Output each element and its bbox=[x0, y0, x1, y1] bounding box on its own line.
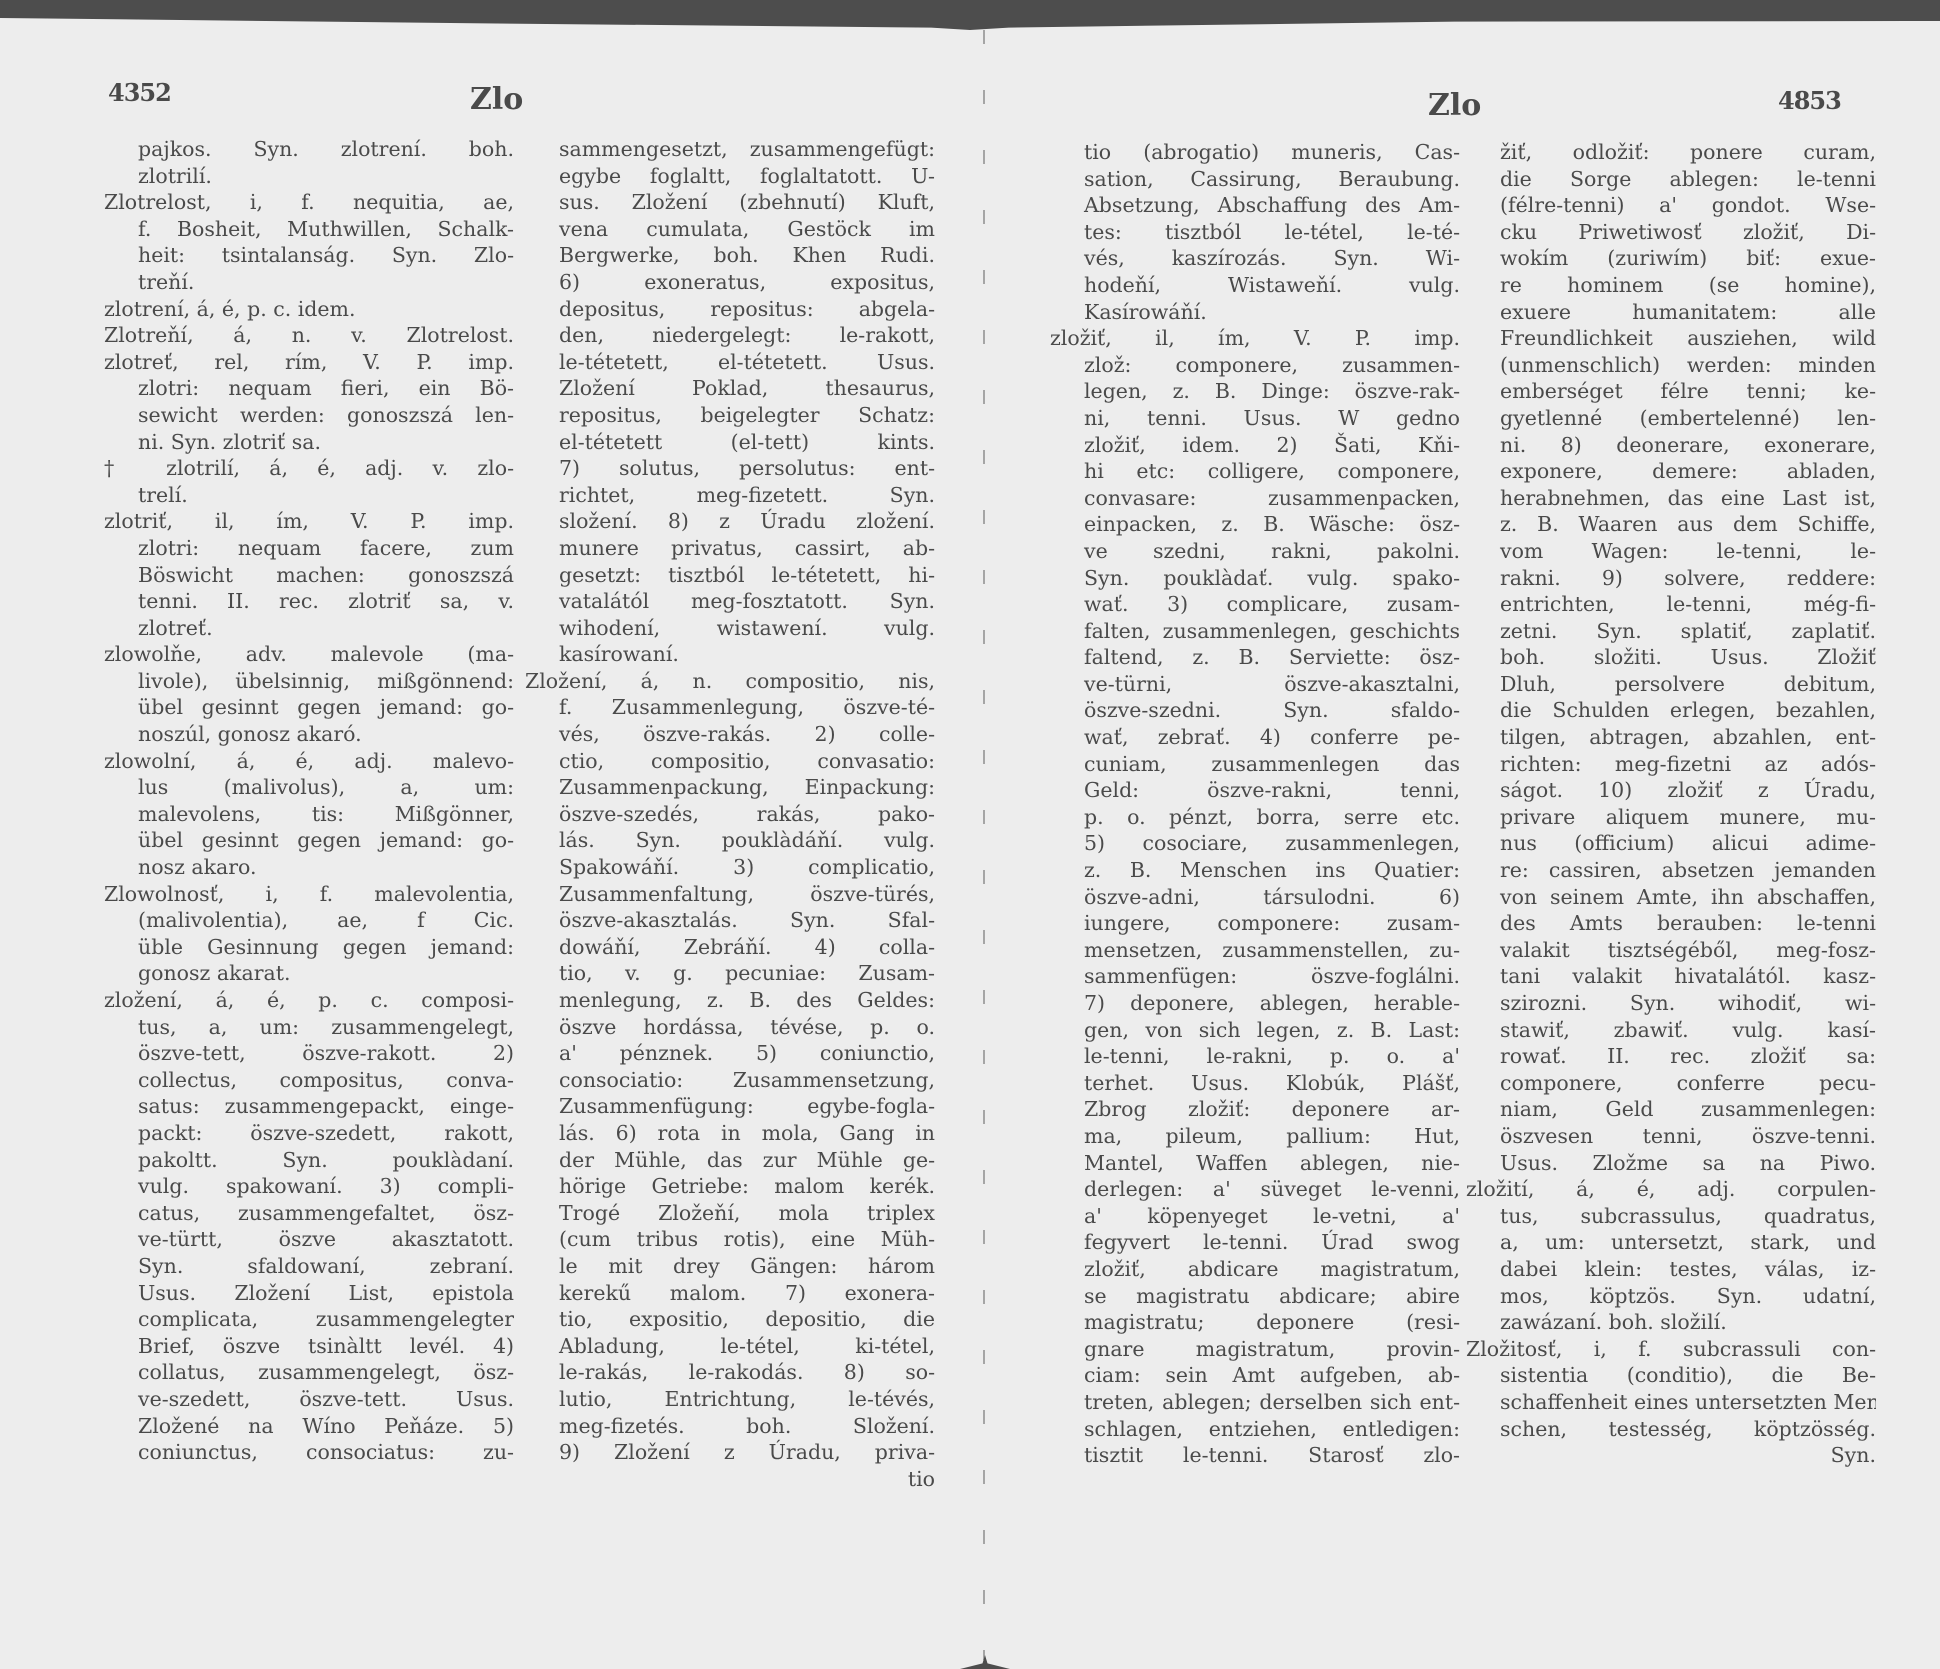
entry-line: consociatio: Zusammensetzung, bbox=[525, 1067, 935, 1094]
entry-line: ma, pileum, pallium: Hut, bbox=[1050, 1123, 1460, 1150]
entry-headword-line: Zlotrelost, i, f. nequitia, ae, bbox=[104, 189, 514, 216]
entry-line: re: cassiren, absetzen jemanden bbox=[1466, 857, 1876, 884]
entry-line: mos, köptzös. Syn. udatní, bbox=[1466, 1283, 1876, 1310]
entry-line: lus (malivolus), a, um: bbox=[104, 774, 514, 801]
entry-line: falten, zusammenlegen, geschichts bbox=[1050, 618, 1460, 645]
entry-line: zlotri: nequam fieri, ein Bö- bbox=[104, 375, 514, 402]
entry-line: heit: tsintalanság. Syn. Zlo- bbox=[104, 242, 514, 269]
entry-line: terhet. Usus. Klobúk, Plášť, bbox=[1050, 1070, 1460, 1097]
book-gutter bbox=[983, 30, 985, 1660]
entry-line: derlegen: a' süveget le-venni, bbox=[1050, 1176, 1460, 1203]
entry-line: öszve-tett, öszve-rakott. 2) bbox=[104, 1040, 514, 1067]
left-page-column-2: sammengesetzt, zusammengefügt:egybe fogl… bbox=[525, 136, 935, 1492]
entry-line: zlož: componere, zusammen- bbox=[1050, 352, 1460, 379]
entry-line: vena cumulata, Gestöck im bbox=[525, 216, 935, 243]
entry-line: re hominem (se homine), bbox=[1466, 272, 1876, 299]
right-page-column-1: tio (abrogatio) muneris, Cas-sation, Cas… bbox=[1050, 139, 1460, 1469]
entry-line: (unmenschlich) werden: minden bbox=[1466, 352, 1876, 379]
entry-line: Freundlichkeit ausziehen, wild bbox=[1466, 325, 1876, 352]
entry-line: sewicht werden: gonoszszá len- bbox=[104, 402, 514, 429]
left-page-column-1: pajkos. Syn. zlotrení. boh.zlotrilí.Zlot… bbox=[104, 136, 514, 1466]
entry-headword-line: zlowolní, á, é, adj. malevo- bbox=[104, 748, 514, 775]
entry-line: p. o. pénzt, borra, serre etc. bbox=[1050, 804, 1460, 831]
entry-line: trelí. bbox=[104, 482, 514, 509]
entry-line: ctio, compositio, convasatio: bbox=[525, 748, 935, 775]
entry-line: rakni. 9) solvere, reddere: bbox=[1466, 565, 1876, 592]
entry-line: lás. Syn. pouklàdáňí. vulg. bbox=[525, 827, 935, 854]
entry-line: ni. 8) deonerare, exonerare, bbox=[1466, 432, 1876, 459]
entry-line: schen, testesség, köptzösség. bbox=[1466, 1416, 1876, 1443]
entry-line: der Mühle, das zur Mühle ge- bbox=[525, 1147, 935, 1174]
entry-line: pajkos. Syn. zlotrení. boh. bbox=[104, 136, 514, 163]
entry-line: niam, Geld zusammenlegen: bbox=[1466, 1096, 1876, 1123]
entry-headword-line: Zložení, á, n. compositio, nis, bbox=[525, 668, 935, 695]
entry-line: žiť, odložiť: ponere curam, bbox=[1466, 139, 1876, 166]
entry-line: Abladung, le-tétel, ki-tétel, bbox=[525, 1333, 935, 1360]
entry-line: öszve hordássa, tévése, p. o. bbox=[525, 1014, 935, 1041]
entry-line: vés, kaszírozás. Syn. Wi- bbox=[1050, 245, 1460, 272]
entry-line: tio (abrogatio) muneris, Cas- bbox=[1050, 139, 1460, 166]
entry-line: (malivolentia), ae, f Cic. bbox=[104, 907, 514, 934]
right-page-column-2: žiť, odložiť: ponere curam,die Sorge abl… bbox=[1466, 139, 1876, 1469]
entry-line: hi etc: colligere, componere, bbox=[1050, 458, 1460, 485]
entry-line: (félre-tenni) a' gondot. Wse- bbox=[1466, 192, 1876, 219]
entry-line: vulg. spakowaní. 3) compli- bbox=[104, 1173, 514, 1200]
entry-line: nosz akaro. bbox=[104, 854, 514, 881]
entry-line: tes: tisztból le-tétel, le-té- bbox=[1050, 219, 1460, 246]
entry-line: exuere humanitatem: alle bbox=[1466, 299, 1876, 326]
entry-line: öszve-akasztalás. Syn. Sfal- bbox=[525, 907, 935, 934]
entry-line: ve szedni, rakni, pakolni. bbox=[1050, 538, 1460, 565]
entry-line: öszvesen tenni, öszve-tenni. bbox=[1466, 1123, 1876, 1150]
book-gutter-foot bbox=[960, 1655, 1010, 1669]
entry-line: zlotri: nequam facere, zum bbox=[104, 535, 514, 562]
entry-line: depositus, repositus: abgela- bbox=[525, 296, 935, 323]
entry-line: den, niedergelegt: le-rakott, bbox=[525, 322, 935, 349]
entry-line: treňí. bbox=[104, 269, 514, 296]
entry-line: Zusammenfügung: egybe-fogla- bbox=[525, 1093, 935, 1120]
entry-line: tio, v. g. pecuniae: Zusam- bbox=[525, 960, 935, 987]
entry-line: ni. Syn. zlotriť sa. bbox=[104, 429, 514, 456]
entry-line: faltend, z. B. Serviette: ösz- bbox=[1050, 644, 1460, 671]
entry-line: vés, öszve-rakás. 2) colle- bbox=[525, 721, 935, 748]
entry-headword-line: zlotriť, il, ím, V. P. imp. bbox=[104, 508, 514, 535]
entry-line: vatalától meg-fosztatott. Syn. bbox=[525, 588, 935, 615]
entry-line: ve-türtt, öszve akasztatott. bbox=[104, 1226, 514, 1253]
entry-line: gesetzt: tisztból le-tétetett, hi- bbox=[525, 562, 935, 589]
entry-line: Brief, öszve tsinàltt levél. 4) bbox=[104, 1333, 514, 1360]
entry-line: Kasírowáňí. bbox=[1050, 299, 1460, 326]
entry-line: übel gesinnt gegen jemand: go- bbox=[104, 694, 514, 721]
entry-headword-line: zložení, á, é, p. c. composi- bbox=[104, 987, 514, 1014]
entry-headword-line: zložití, á, é, adj. corpulen- bbox=[1466, 1176, 1876, 1203]
entry-line: zlotrilí. bbox=[104, 163, 514, 190]
entry-line: ságot. 10) zložiť z Úradu, bbox=[1466, 777, 1876, 804]
entry-line: wať, zebrať. 4) conferre pe- bbox=[1050, 724, 1460, 751]
entry-line: tio, expositio, depositio, die bbox=[525, 1306, 935, 1333]
entry-headword-line: Zlowolnosť, i, f. malevolentia, bbox=[104, 881, 514, 908]
entry-line: hodeňí, Wistaweňí. vulg. bbox=[1050, 272, 1460, 299]
entry-line: schaffenheit eines untersetzten Men- bbox=[1466, 1389, 1876, 1416]
entry-line: zložiť, idem. 2) Šati, Kňi- bbox=[1050, 432, 1460, 459]
entry-line: Böswicht machen: gonoszszá bbox=[104, 562, 514, 589]
entry-line: egybe foglaltt, foglaltatott. U- bbox=[525, 163, 935, 190]
entry-line: repositus, beigelegter Schatz: bbox=[525, 402, 935, 429]
entry-line: complicata, zusammengelegter bbox=[104, 1306, 514, 1333]
entry-line: Zložení Poklad, thesaurus, bbox=[525, 375, 935, 402]
entry-line: üble Gesinnung gegen jemand: bbox=[104, 934, 514, 961]
entry-line: rowať. II. rec. zložiť sa: bbox=[1466, 1043, 1876, 1070]
entry-line: cku Priwetiwosť zložiť, Di- bbox=[1466, 219, 1876, 246]
scan-top-edge bbox=[0, 0, 1940, 30]
entry-line: tus, subcrassulus, quadratus, bbox=[1466, 1203, 1876, 1230]
entry-line: cuniam, zusammenlegen das bbox=[1050, 751, 1460, 778]
entry-line: Zbrog zložiť: deponere ar- bbox=[1050, 1096, 1460, 1123]
entry-line: richtet, meg-fizetett. Syn. bbox=[525, 482, 935, 509]
entry-line: 7) deponere, ablegen, herable- bbox=[1050, 990, 1460, 1017]
entry-line: z. B. Waaren aus dem Schiffe, bbox=[1466, 511, 1876, 538]
entry-line: dabei klein: testes, válas, iz- bbox=[1466, 1256, 1876, 1283]
entry-line: Usus. Zložme sa na Piwo. bbox=[1466, 1150, 1876, 1177]
entry-line: privare aliquem munere, mu- bbox=[1466, 804, 1876, 831]
entry-line: 9) Zložení z Úradu, priva- bbox=[525, 1439, 935, 1466]
entry-line: ve-szedett, öszve-tett. Usus. bbox=[104, 1386, 514, 1413]
entry-line: übel gesinnt gegen jemand: go- bbox=[104, 827, 514, 854]
entry-line: catus, zusammengefaltet, ösz- bbox=[104, 1200, 514, 1227]
entry-line: sus. Zložení (zbehnutí) Kluft, bbox=[525, 189, 935, 216]
entry-line: öszve-szedni. Syn. sfaldo- bbox=[1050, 697, 1460, 724]
entry-line: a, um: untersetzt, stark, und bbox=[1466, 1229, 1876, 1256]
entry-line: convasare: zusammenpacken, bbox=[1050, 485, 1460, 512]
entry-line: sammenfügen: öszve-foglálni. bbox=[1050, 963, 1460, 990]
entry-line: Syn. sfaldowaní, zebraní. bbox=[104, 1253, 514, 1280]
entry-line: magistratu; deponere (resi- bbox=[1050, 1309, 1460, 1336]
entry-line: se magistratu abdicare; abire bbox=[1050, 1283, 1460, 1310]
entry-line: tio bbox=[525, 1466, 935, 1493]
entry-line: Geld: öszve-rakni, tenni, bbox=[1050, 777, 1460, 804]
entry-line: collatus, zusammengelegt, ösz- bbox=[104, 1359, 514, 1386]
entry-line: legen, z. B. Dinge: öszve-rak- bbox=[1050, 378, 1460, 405]
entry-line: szirozni. Syn. wihodiť, wi- bbox=[1466, 990, 1876, 1017]
entry-line: von seinem Amte, ihn abschaffen, bbox=[1466, 884, 1876, 911]
entry-line: entrichten, le-tenni, még-fi- bbox=[1466, 591, 1876, 618]
entry-headword-line: † zlotrilí, á, é, adj. v. zlo- bbox=[104, 455, 514, 482]
entry-line: tenni. II. rec. zlotriť sa, v. bbox=[104, 588, 514, 615]
entry-line: wihodení, wistawení. vulg. bbox=[525, 615, 935, 642]
entry-line: sation, Cassirung, Beraubung. bbox=[1050, 166, 1460, 193]
entry-line: le mit drey Gängen: három bbox=[525, 1253, 935, 1280]
entry-line: zetni. Syn. splatiť, zaplatiť. bbox=[1466, 618, 1876, 645]
entry-line: zawázaní. boh. složilí. bbox=[1466, 1309, 1876, 1336]
entry-headword-line: zlotrení, á, é, p. c. idem. bbox=[104, 296, 514, 323]
entry-line: gonosz akarat. bbox=[104, 960, 514, 987]
entry-line: zložiť, abdicare magistratum, bbox=[1050, 1256, 1460, 1283]
entry-line: tus, a, um: zusammengelegt, bbox=[104, 1014, 514, 1041]
page-number-right: 4853 bbox=[1778, 86, 1841, 115]
entry-line: tilgen, abtragen, abzahlen, ent- bbox=[1466, 724, 1876, 751]
entry-line: componere, conferre pecu- bbox=[1466, 1070, 1876, 1097]
entry-line: Trogé Zložeňí, mola triplex bbox=[525, 1200, 935, 1227]
entry-line: menlegung, z. B. des Geldes: bbox=[525, 987, 935, 1014]
entry-line: (cum tribus rotis), eine Müh- bbox=[525, 1226, 935, 1253]
entry-line: meg-fizetés. boh. Složení. bbox=[525, 1413, 935, 1440]
entry-line: collectus, compositus, conva- bbox=[104, 1067, 514, 1094]
entry-line: wokím (zuriwím) biť: exue- bbox=[1466, 245, 1876, 272]
entry-line: malevolens, tis: Mißgönner, bbox=[104, 801, 514, 828]
entry-line: hörige Getriebe: malom kerék. bbox=[525, 1173, 935, 1200]
entry-line: a' pénznek. 5) coniunctio, bbox=[525, 1040, 935, 1067]
entry-line: coniunctus, consociatus: zu- bbox=[104, 1439, 514, 1466]
entry-line: zlotreť. bbox=[104, 615, 514, 642]
entry-line: valakit tisztségéből, meg-fosz- bbox=[1466, 937, 1876, 964]
entry-line: richten: meg-fizetni az adós- bbox=[1466, 751, 1876, 778]
entry-line: Bergwerke, boh. Khen Rudi. bbox=[525, 242, 935, 269]
entry-line: f. Bosheit, Muthwillen, Schalk- bbox=[104, 216, 514, 243]
entry-line: 6) exoneratus, expositus, bbox=[525, 269, 935, 296]
entry-line: a' köpenyeget le-vetni, a' bbox=[1050, 1203, 1460, 1230]
entry-line: le-tétetett, el-tétetett. Usus. bbox=[525, 349, 935, 376]
entry-line: öszve-adni, társulodni. 6) bbox=[1050, 884, 1460, 911]
entry-line: tisztit le-tenni. Starosť zlo- bbox=[1050, 1442, 1460, 1469]
entry-line: sistentia (conditio), die Be- bbox=[1466, 1362, 1876, 1389]
entry-line: el-tétetett (el-tett) kints. bbox=[525, 429, 935, 456]
entry-line: ciam: sein Amt aufgeben, ab- bbox=[1050, 1362, 1460, 1389]
entry-line: die Sorge ablegen: le-tenni bbox=[1466, 166, 1876, 193]
entry-line: stawiť, zbawiť. vulg. kasí- bbox=[1466, 1017, 1876, 1044]
entry-headword-line: zlotreť, rel, rím, V. P. imp. bbox=[104, 349, 514, 376]
entry-line: pakoltt. Syn. pouklàdaní. bbox=[104, 1147, 514, 1174]
entry-headword-line: Zlotreňí, á, n. v. Zlotrelost. bbox=[104, 322, 514, 349]
entry-line: einpacken, z. B. Wäsche: ösz- bbox=[1050, 511, 1460, 538]
entry-line: Dluh, persolvere debitum, bbox=[1466, 671, 1876, 698]
entry-line: die Schulden erlegen, bezahlen, bbox=[1466, 697, 1876, 724]
entry-line: vom Wagen: le-tenni, le- bbox=[1466, 538, 1876, 565]
entry-line: Absetzung, Abschaffung des Am- bbox=[1050, 192, 1460, 219]
entry-line: mensetzen, zusammenstellen, zu- bbox=[1050, 937, 1460, 964]
entry-line: herabnehmen, das eine Last ist, bbox=[1466, 485, 1876, 512]
entry-line: ni, tenni. Usus. W gedno bbox=[1050, 405, 1460, 432]
entry-line: Mantel, Waffen ablegen, nie- bbox=[1050, 1150, 1460, 1177]
entry-line: iungere, componere: zusam- bbox=[1050, 910, 1460, 937]
entry-line: dowáňí, Zebráňí. 4) colla- bbox=[525, 934, 935, 961]
entry-line: složení. 8) z Úradu zložení. bbox=[525, 508, 935, 535]
entry-headword-line: zlowolňe, adv. malevole (ma- bbox=[104, 641, 514, 668]
entry-line: Syn. pouklàdať. vulg. spako- bbox=[1050, 565, 1460, 592]
entry-line: fegyvert le-tenni. Úrad swog bbox=[1050, 1229, 1460, 1256]
entry-line: sammengesetzt, zusammengefügt: bbox=[525, 136, 935, 163]
entry-line: 7) solutus, persolutus: ent- bbox=[525, 455, 935, 482]
entry-line: lás. 6) rota in mola, Gang in bbox=[525, 1120, 935, 1147]
page-number-left: 4352 bbox=[108, 78, 171, 107]
entry-line: Zusammenfaltung, öszve-türés, bbox=[525, 881, 935, 908]
entry-line: z. B. Menschen ins Quatier: bbox=[1050, 857, 1460, 884]
entry-line: Usus. Zložení List, epistola bbox=[104, 1280, 514, 1307]
entry-line: kasírowaní. bbox=[525, 641, 935, 668]
entry-line: emberséget félre tenni; ke- bbox=[1466, 378, 1876, 405]
entry-line: Syn. bbox=[1466, 1442, 1876, 1469]
entry-headword-line: zložiť, il, ím, V. P. imp. bbox=[1050, 325, 1460, 352]
entry-line: 5) cosociare, zusammenlegen, bbox=[1050, 830, 1460, 857]
entry-line: Zusammenpackung, Einpackung: bbox=[525, 774, 935, 801]
entry-line: gen, von sich legen, z. B. Last: bbox=[1050, 1017, 1460, 1044]
entry-line: wať. 3) complicare, zusam- bbox=[1050, 591, 1460, 618]
entry-line: gnare magistratum, provin- bbox=[1050, 1336, 1460, 1363]
entry-line: le-tenni, le-rakni, p. o. a' bbox=[1050, 1043, 1460, 1070]
entry-headword-line: Zložitosť, i, f. subcrassuli con- bbox=[1466, 1336, 1876, 1363]
running-head-right: Zlo bbox=[1428, 88, 1481, 123]
entry-line: satus: zusammengepackt, einge- bbox=[104, 1093, 514, 1120]
entry-line: öszve-szedés, rakás, pako- bbox=[525, 801, 935, 828]
entry-line: munere privatus, cassirt, ab- bbox=[525, 535, 935, 562]
entry-line: exponere, demere: abladen, bbox=[1466, 458, 1876, 485]
entry-line: gyetlenné (embertelenné) len- bbox=[1466, 405, 1876, 432]
entry-line: treten, ablegen; derselben sich ent- bbox=[1050, 1389, 1460, 1416]
entry-line: Zložené na Wíno Peňáze. 5) bbox=[104, 1413, 514, 1440]
entry-line: boh. složiti. Usus. Zložiť bbox=[1466, 644, 1876, 671]
entry-line: le-rakás, le-rakodás. 8) so- bbox=[525, 1359, 935, 1386]
entry-line: schlagen, entziehen, entledigen: bbox=[1050, 1416, 1460, 1443]
entry-line: f. Zusammenlegung, öszve-té- bbox=[525, 694, 935, 721]
entry-line: tani valakit hivatalától. kasz- bbox=[1466, 963, 1876, 990]
entry-line: packt: öszve-szedett, rakott, bbox=[104, 1120, 514, 1147]
entry-line: kerekű malom. 7) exonera- bbox=[525, 1280, 935, 1307]
running-head-left: Zlo bbox=[470, 82, 523, 117]
entry-line: nus (officium) alicui adime- bbox=[1466, 830, 1876, 857]
entry-line: lutio, Entrichtung, le-tévés, bbox=[525, 1386, 935, 1413]
entry-line: des Amts berauben: le-tenni bbox=[1466, 910, 1876, 937]
entry-line: Spakowáňí. 3) complicatio, bbox=[525, 854, 935, 881]
entry-line: noszúl, gonosz akaró. bbox=[104, 721, 514, 748]
entry-line: ve-türni, öszve-akasztalni, bbox=[1050, 671, 1460, 698]
entry-line: livole), übelsinnig, mißgönnend: bbox=[104, 668, 514, 695]
